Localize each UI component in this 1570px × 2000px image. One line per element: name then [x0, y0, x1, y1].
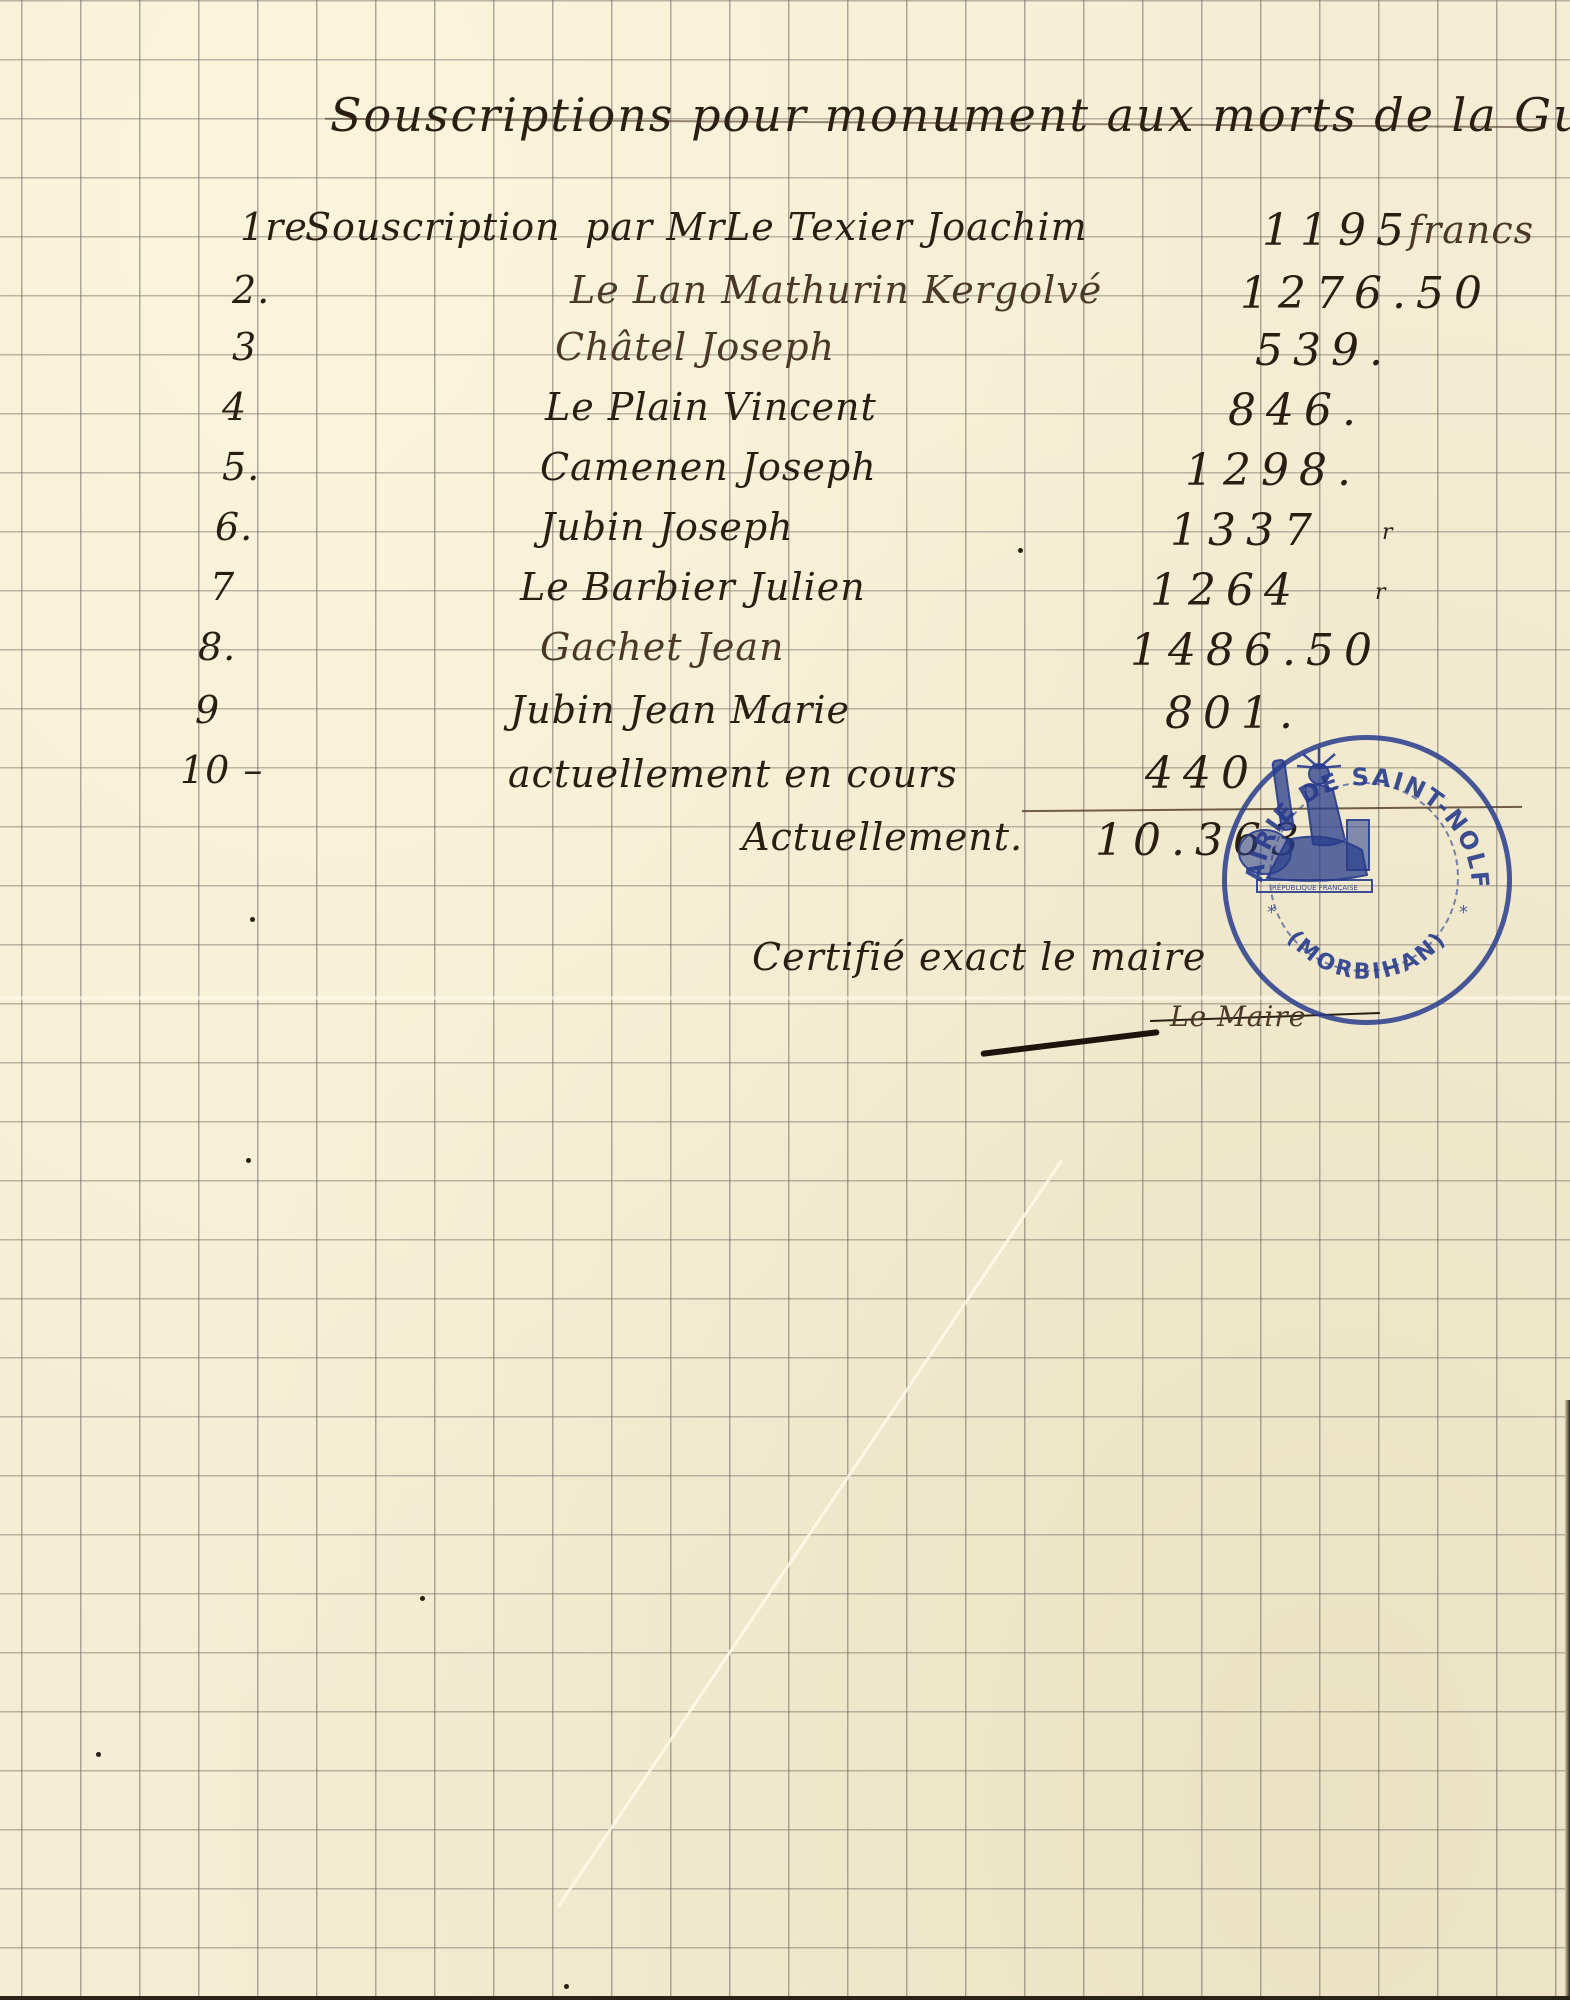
ink-speck: [564, 1984, 569, 1989]
row-number: 7: [210, 565, 235, 609]
row-check-mark: r: [1382, 520, 1394, 545]
official-stamp: MAIRIE DE SAINT-NOLFF (MORBIHAN) * *: [1222, 735, 1512, 1025]
row-amount: 1486.50: [1130, 625, 1382, 676]
row-name: Jubin Joseph: [540, 505, 794, 549]
row-number: 8.: [198, 625, 236, 669]
row-number: 6.: [215, 505, 253, 549]
row-amount: 1298.: [1185, 445, 1361, 496]
row-by: par Mr: [585, 205, 725, 249]
row-amount: 1337: [1170, 505, 1322, 556]
document-title: Souscriptions pour monument aux morts de…: [330, 88, 1570, 142]
row-name: Le Lan Mathurin Kergolvé: [570, 268, 1102, 312]
row-amount: 539.: [1255, 325, 1393, 376]
row-check-mark: r: [1375, 580, 1387, 605]
total-label: Actuellement.: [742, 815, 1023, 859]
row-name: Le Texier Joachim: [725, 205, 1088, 249]
svg-text:(MORBIHAN): (MORBIHAN): [1282, 926, 1452, 985]
ink-speck: [246, 1158, 251, 1163]
row-name: Le Barbier Julien: [520, 565, 866, 609]
row-amount: 1276.50: [1240, 268, 1492, 319]
row-amount: 801.: [1165, 688, 1303, 739]
certification-text: Certifié exact le maire: [752, 935, 1206, 979]
row-number: 3: [232, 325, 257, 369]
row-amount: 1195: [1262, 205, 1414, 256]
ink-speck: [1018, 548, 1023, 553]
row-number: 5.: [222, 445, 260, 489]
row-name: Camenen Joseph: [540, 445, 877, 489]
row-name: actuellement en cours: [508, 752, 958, 796]
row-name: Châtel Joseph: [555, 325, 835, 369]
ink-speck: [96, 1752, 101, 1757]
svg-text:*: *: [1459, 902, 1468, 923]
row-name: Le Plain Vincent: [545, 385, 877, 429]
row-number: 10 –: [180, 748, 263, 792]
row-number: 4: [222, 385, 247, 429]
marianne-figure-icon: RÉPUBLIQUE FRANÇAISE: [1227, 740, 1397, 910]
row-amount: 846.: [1228, 385, 1366, 436]
row-name: Jubin Jean Marie: [510, 688, 850, 732]
stamp-bottom-text: (MORBIHAN): [1282, 926, 1452, 985]
row-label: Souscription: [305, 205, 561, 249]
paper-edge-shadow: [1565, 1400, 1570, 2000]
row-number: 1re: [240, 205, 308, 249]
row-number: 9: [195, 688, 220, 732]
row-amount: 1264: [1150, 565, 1302, 616]
ink-speck: [250, 917, 255, 922]
row-number: 2.: [232, 268, 270, 312]
currency-label: francs: [1408, 208, 1534, 252]
paper-edge-bottom: [0, 1996, 1570, 2000]
stamp-banner-text: RÉPUBLIQUE FRANÇAISE: [1272, 883, 1358, 892]
ink-speck: [420, 1596, 425, 1601]
row-name: Gachet Jean: [540, 625, 784, 669]
